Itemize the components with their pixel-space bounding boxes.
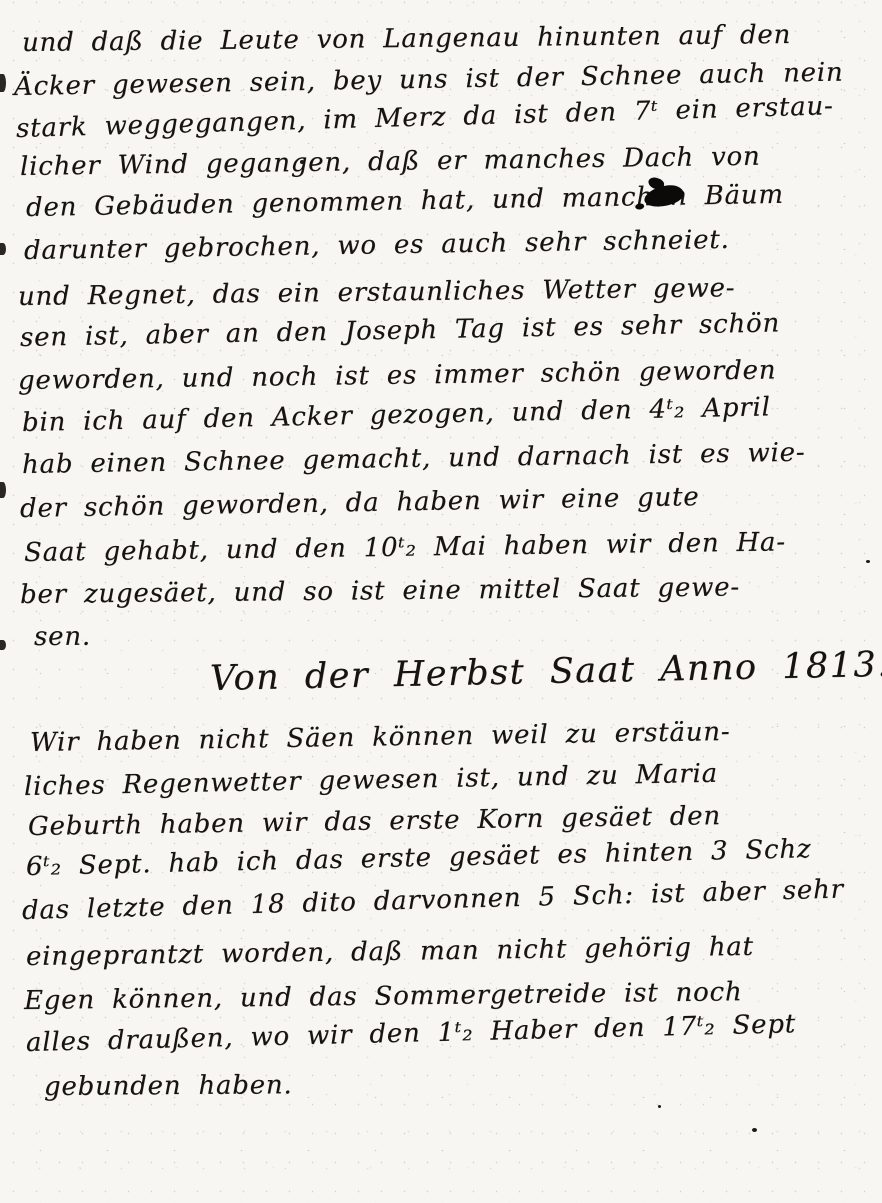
manuscript-line: und Regnet, das ein erstaunliches Wetter… [18,273,736,313]
scan-edge-mark [0,243,6,255]
manuscript-line: darunter gebrochen, wo es auch sehr schn… [24,225,730,267]
manuscript-line: Geburth haben wir das erste Korn gesäet … [28,801,721,843]
scan-edge-mark [0,482,6,498]
paper-speck [300,160,304,164]
manuscript-page: und daß die Leute von Langenau hinunten … [0,0,882,1203]
section-heading: Von der Herbst Saat Anno 1813. [210,644,882,700]
paper-speck [658,1105,661,1108]
manuscript-line: Egen können, und das Sommergetreide ist … [24,977,743,1017]
manuscript-line: hab einen Schnee gemacht, und darnach is… [22,438,806,481]
manuscript-line: licher Wind gegangen, daß er manches Dac… [20,142,761,184]
scan-edge-mark [0,640,6,650]
manuscript-line: sen. [34,622,91,653]
manuscript-line: Saat gehabt, und den 10ᵗ₂ Mai haben wir … [24,527,786,569]
paper-speck [752,1128,757,1132]
manuscript-line: eingeprantzt worden, daß man nicht gehör… [26,932,754,973]
manuscript-line: bin ich auf den Acker gezogen, und den 4… [22,392,771,439]
manuscript-line: und daß die Leute von Langenau hinunten … [22,20,791,59]
manuscript-line: sen ist, aber an den Joseph Tag ist es s… [20,308,781,354]
manuscript-line: 6ᵗ₂ Sept. hab ich das erste gesäet es hi… [26,834,812,883]
manuscript-line: Wir haben nicht Säen können weil zu erst… [30,717,731,759]
manuscript-line: alles draußen, wo wir den 1ᵗ₂ Haber den … [26,1009,797,1059]
manuscript-line: liches Regenwetter gewesen ist, und zu M… [24,759,718,804]
manuscript-line: geworden, und noch ist es immer schön ge… [18,355,777,397]
scan-edge-mark [0,74,6,92]
paper-speck [866,560,870,563]
manuscript-line: das letzte den 18 dito darvonnen 5 Sch: … [22,874,845,927]
manuscript-line: der schön geworden, da haben wir eine gu… [20,482,700,525]
manuscript-line: gebunden haben. [44,1070,293,1103]
manuscript-line: ber zugesäet, und so ist eine mittel Saa… [20,572,740,611]
